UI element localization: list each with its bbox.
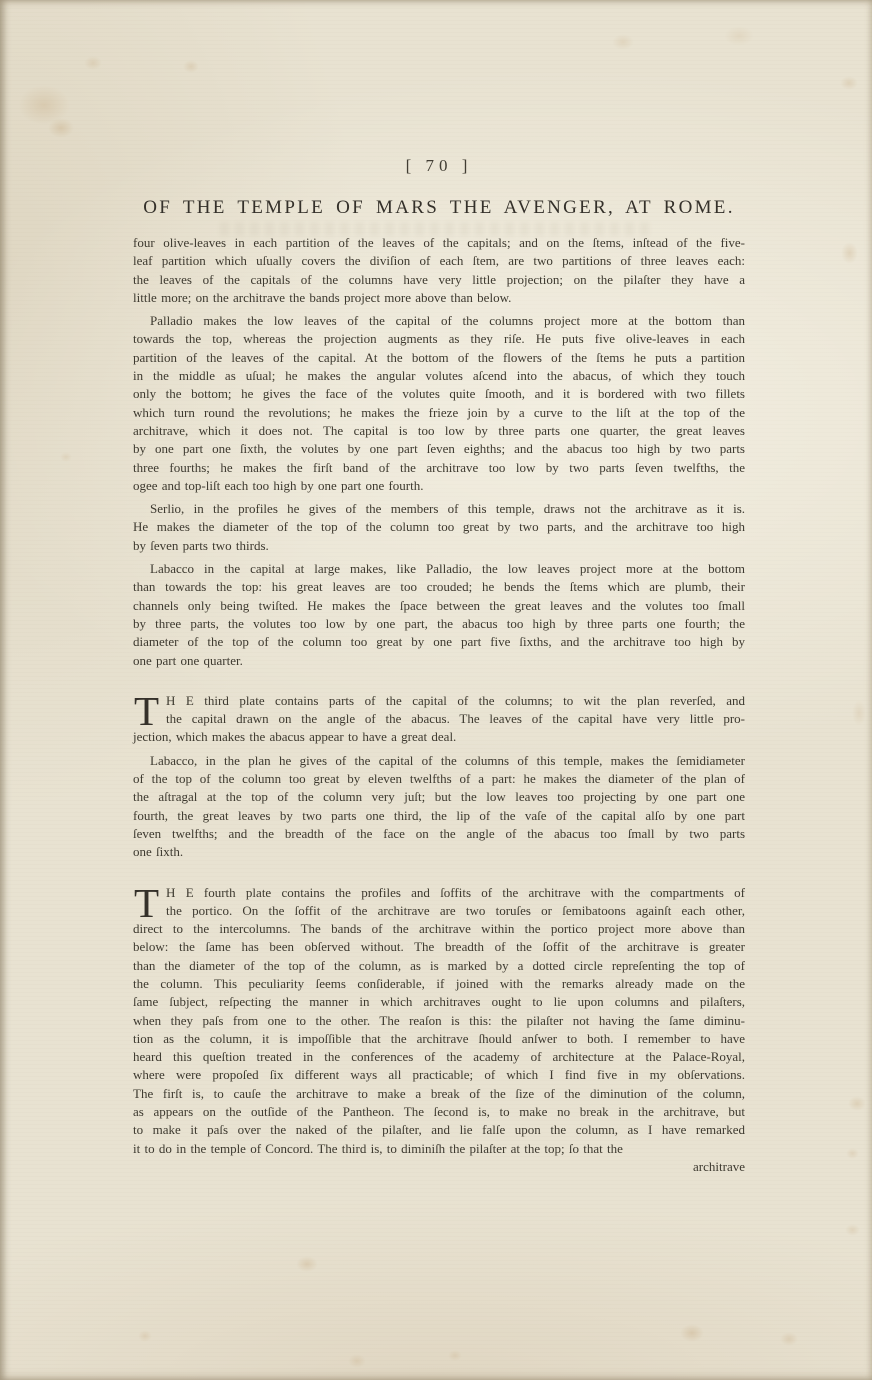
paragraph: Serlio, in the profiles he gives of the … <box>133 500 745 555</box>
foxing-stain <box>183 60 199 73</box>
text-line: architrave, which it does not. The capit… <box>133 422 745 440</box>
foxing-stain <box>348 1354 366 1368</box>
paragraph: Palladio makes the low leaves of the cap… <box>133 312 745 495</box>
text-line: He makes the diameter of the top of the … <box>133 518 745 536</box>
foxing-stain <box>841 242 858 264</box>
text-line: tion as the column, it is impoſſible tha… <box>133 1030 745 1048</box>
foxing-stain <box>84 56 102 70</box>
text-line: to make it paſs over the naked of the pi… <box>133 1121 745 1139</box>
text-line: one part one quarter. <box>133 652 745 670</box>
foxing-stain <box>840 76 858 90</box>
foxing-stain <box>18 85 70 125</box>
text-line: the leaves of the capitals of the column… <box>133 271 745 289</box>
text-column: [ 70 ] OF THE TEMPLE OF MARS THE AVENGER… <box>133 156 745 1176</box>
text-line: leaf partition which uſually covers the … <box>133 252 745 270</box>
foxing-stain <box>846 1148 859 1159</box>
text-line: diameter of the top of the column too gr… <box>133 633 745 651</box>
chapter-title: OF THE TEMPLE OF MARS THE AVENGER, AT RO… <box>133 197 745 219</box>
text-line: only the bottom; he gives the face of th… <box>133 385 745 403</box>
foxing-stain <box>612 34 634 50</box>
text-line: the portico. On the ſoffit of the archit… <box>133 902 745 920</box>
text-line: the aſtragal at the top of the column ve… <box>133 788 745 806</box>
folio-page-number: [ 70 ] <box>133 156 745 176</box>
text-line: of the top of the column too great by el… <box>133 770 745 788</box>
text-line: which turn round the revolutions; he mak… <box>133 404 745 422</box>
foxing-stain <box>138 1330 152 1342</box>
text-line: ſame ſubject, reſpecting the manner in w… <box>133 993 745 1011</box>
text-line: where were propoſed ſix different ways a… <box>133 1066 745 1084</box>
paragraph-dropcap: TH E fourth plate contains the profiles … <box>133 884 745 1158</box>
text-line: Labacco, in the plan he gives of the cap… <box>133 752 745 770</box>
foxing-stain <box>60 452 72 462</box>
text-line: four olive-leaves in each partition of t… <box>133 234 745 252</box>
text-line: ogee and top-liſt each too high by one p… <box>133 477 745 495</box>
text-line: H E fourth plate contains the profiles a… <box>133 884 745 902</box>
foxing-stain <box>680 1324 704 1342</box>
text-line: in the middle as uſual; he makes the ang… <box>133 367 745 385</box>
text-line: when they paſs from one to the other. Th… <box>133 1012 745 1030</box>
catchword: architrave <box>133 1158 745 1176</box>
text-line: ſeven twelfths; and the breadth of the f… <box>133 825 745 843</box>
text-line: by ſeven parts two thirds. <box>133 537 745 555</box>
paragraph: Labacco, in the plan he gives of the cap… <box>133 752 745 862</box>
paragraph: Labacco in the capital at large makes, l… <box>133 560 745 670</box>
text-line: heard this queſtion treated in the confe… <box>133 1048 745 1066</box>
text-line: below: the ſame has been obſerved withou… <box>133 938 745 956</box>
text-line: The firſt is, to cauſe the architrave to… <box>133 1085 745 1103</box>
text-line: one ſixth. <box>133 843 745 861</box>
text-line: fourth, the great leaves by two parts on… <box>133 807 745 825</box>
text-line: partition of the leaves of the capital. … <box>133 349 745 367</box>
text-line: Labacco in the capital at large makes, l… <box>133 560 745 578</box>
text-line: than towards the top: his great leaves a… <box>133 578 745 596</box>
foxing-stain <box>724 26 754 46</box>
text-line: the column. This peculiarity ſeems conſi… <box>133 975 745 993</box>
text-line: by three parts, the volutes too low by o… <box>133 615 745 633</box>
paragraph: four olive-leaves in each partition of t… <box>133 234 745 307</box>
text-line: H E third plate contains parts of the ca… <box>133 692 745 710</box>
drop-cap-letter: T <box>133 884 166 920</box>
foxing-stain <box>780 1332 798 1346</box>
text-line: Palladio makes the low leaves of the cap… <box>133 312 745 330</box>
text-line: direct to the intercolumns. The bands of… <box>133 920 745 938</box>
text-line: as appears on the outſide of the Pantheo… <box>133 1103 745 1121</box>
book-page: [ 70 ] OF THE TEMPLE OF MARS THE AVENGER… <box>0 0 872 1380</box>
foxing-stain <box>448 1350 462 1361</box>
text-line: it to do in the temple of Concord. The t… <box>133 1140 745 1158</box>
text-line: three fourths; he makes the firſt band o… <box>133 459 745 477</box>
text-line: jection, which makes the abacus appear t… <box>133 728 745 746</box>
text-line: than the diameter of the top of the colu… <box>133 957 745 975</box>
text-line: towards the top, whereas the projection … <box>133 330 745 348</box>
foxing-stain <box>848 1096 866 1111</box>
text-line: Serlio, in the profiles he gives of the … <box>133 500 745 518</box>
foxing-stain <box>852 700 866 726</box>
text-line: channels only being twiſted. He makes th… <box>133 597 745 615</box>
text-line: by one part one ſixth, the volutes by on… <box>133 440 745 458</box>
foxing-stain <box>296 1256 318 1272</box>
foxing-stain <box>845 1224 860 1236</box>
paragraph-dropcap: TH E third plate contains parts of the c… <box>133 692 745 747</box>
text-line: little more; on the architrave the bands… <box>133 289 745 307</box>
drop-cap-letter: T <box>133 692 166 728</box>
body-text: four olive-leaves in each partition of t… <box>133 234 745 1158</box>
foxing-stain <box>48 118 74 138</box>
text-line: the capital drawn on the angle of the ab… <box>133 710 745 728</box>
